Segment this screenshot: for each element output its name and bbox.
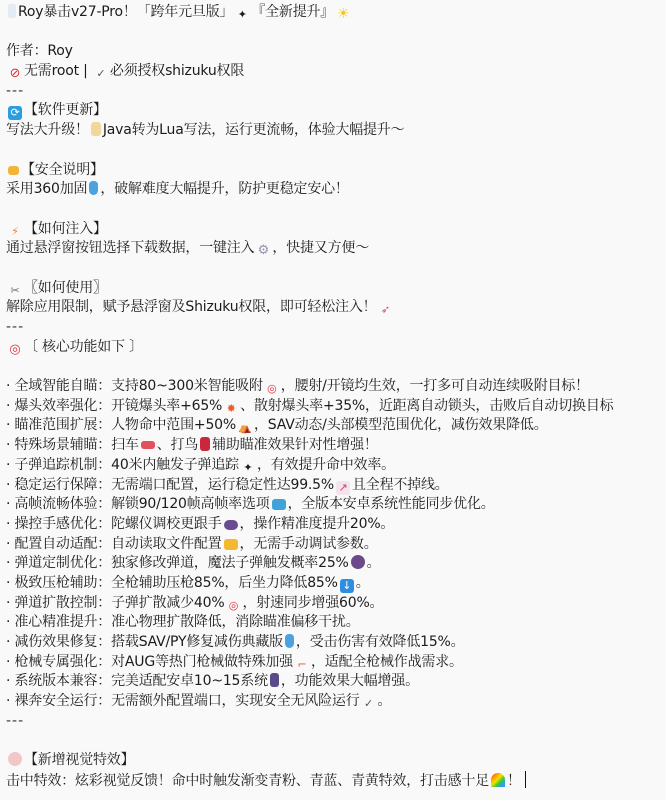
text-editor[interactable]: Roy暴击v27-Pro！「跨年元旦版」✦『全新提升』☀ 作者：Roy ⊘无需r… — [0, 0, 666, 800]
feature-item: · 爆头效率强化：开镜爆头率+65%✸、散射爆头率+35%，近距离自动锁头，击败… — [6, 397, 666, 417]
blank-line — [6, 23, 666, 43]
text-segment: · 弹道扩散控制： — [6, 595, 111, 611]
blank-line — [6, 259, 666, 279]
text-segment: 、散射爆头率+35%，近距离自动锁头，击败后自动切换目标 — [240, 398, 613, 414]
water-pistol-icon: ⌐ — [295, 658, 309, 672]
chart-up-icon: ↗ — [336, 481, 350, 495]
author-line: 作者：Roy — [6, 42, 666, 62]
text-segment: · 配置自动适配： — [6, 536, 111, 552]
text-segment: 准心物理扩散降低，消除瞄准偏移干扰。 — [111, 614, 359, 630]
text-segment: ，快捷又方便～ — [272, 240, 369, 256]
feature-item: · 配置自动适配：自动读取文件配置，无需手动调试参数。 — [6, 535, 666, 555]
title-suffix: 『全新提升』 — [251, 4, 334, 20]
text-segment: · 特殊场景辅瞄： — [6, 437, 111, 453]
update-text: 写法大升级！Java转为Lua写法，运行更流畅，体验大幅提升～ — [6, 121, 666, 141]
permission-text: 必须授权shizuku权限 — [110, 63, 244, 79]
gamepad-icon — [224, 520, 238, 530]
text-segment: 陀螺仪调校更跟手 — [111, 516, 221, 532]
text-segment: · 操控手感优化： — [6, 516, 111, 532]
shield-icon — [89, 181, 98, 195]
lightning-icon: ⚡ — [8, 225, 22, 239]
text-segment: 采用360加固 — [6, 181, 87, 197]
blank-line — [6, 357, 666, 377]
feature-item: · 操控手感优化：陀螺仪调校更跟手，操作精准度提升20%。 — [6, 515, 666, 535]
text-segment: 击中特效：炫彩视觉反馈！命中时触发渐变青粉、青蓝、青黄特效，打击感十足 — [6, 773, 489, 789]
sparkles-icon: ✦ — [235, 8, 249, 22]
text-segment: 对AUG等热门枪械做特殊加强 — [111, 654, 293, 670]
gear-icon: ⚙ — [256, 244, 270, 258]
text-segment: · 全域智能自瞄： — [6, 378, 111, 394]
feature-item: · 高帧流畅体验：解锁90/120帧高帧率选项，全版本安卓系统性能同步优化。 — [6, 495, 666, 515]
feature-item: · 裸奔安全运行：无需额外配置端口，实现安全无风险运行✓。 — [6, 692, 666, 712]
palette-icon — [8, 752, 22, 766]
text-segment: 解锁90/120帧高帧率选项 — [111, 496, 269, 512]
feature-item: · 准心精准提升：准心物理扩散降低，消除瞄准偏移干扰。 — [6, 613, 666, 633]
text-segment: 扫车 — [111, 437, 139, 453]
separator: --- — [6, 318, 666, 338]
feature-item: · 弹道定制优化：独家修改弹道，魔法子弹触发概率25%。 — [6, 554, 666, 574]
text-segment: ，腰射/开镜均生效，一打多可自动连续吸附目标！ — [281, 378, 589, 394]
text-segment: 且全程不掉线。 — [352, 477, 449, 493]
text-segment: ，有效提升命中效率。 — [257, 457, 395, 473]
text-segment: 完美适配安卓10~15系统 — [111, 673, 268, 689]
text-segment: · 弹道定制优化： — [6, 555, 111, 571]
check-icon: ✓ — [362, 697, 376, 711]
security-heading: 【安全说明】 — [6, 161, 666, 181]
car-icon — [141, 441, 155, 449]
features-heading: ◎〔 核心功能如下 〕 — [6, 338, 666, 358]
text-segment: 〔 核心功能如下 〕 — [24, 339, 143, 355]
battery-icon — [8, 4, 16, 18]
text-segment: 搭载SAV/PY修复减伤典藏版 — [111, 634, 283, 650]
sun-icon: ☀ — [336, 7, 350, 21]
down-arrow-icon: ↓ — [340, 579, 354, 593]
text-segment: 解除应用限制，赋予悬浮窗及Shizuku权限，即可轻松注入！ — [6, 299, 376, 315]
text-segment: 写法大升级！ — [6, 122, 89, 138]
inject-heading: ⚡【如何注入】 — [6, 220, 666, 240]
text-segment: · 子弹追踪机制： — [6, 457, 111, 473]
feature-item: · 稳定运行保障：无需端口配置，运行稳定性达99.5%↗且全程不掉线。 — [6, 476, 666, 496]
blank-line — [6, 731, 666, 751]
rocket-icon: ➶ — [378, 303, 392, 317]
text-segment: · 系统版本兼容： — [6, 673, 111, 689]
circus-tent-icon: ⛺ — [238, 421, 252, 435]
scroll-icon — [91, 122, 101, 136]
text-segment: ，无需手动调试参数。 — [240, 536, 378, 552]
feature-item: · 减伤效果修复：搭载SAV/PY修复减伤典藏版，受击伤害有效降低15%。 — [6, 633, 666, 653]
text-segment: 。 — [378, 693, 392, 709]
prohibited-icon: ⊘ — [8, 67, 22, 81]
separator: --- — [6, 82, 666, 102]
permission-line: ⊘无需root | ✓必须授权shizuku权限 — [6, 62, 666, 82]
text-segment: ，SAV动态/头部模型范围优化，减伤效果降低。 — [254, 417, 548, 433]
lock-icon — [8, 166, 19, 175]
usage-heading: ✂〖如何使用〗 — [6, 279, 666, 299]
monitor-icon — [272, 499, 286, 510]
blank-line — [6, 141, 666, 161]
text-segment: 【如何注入】 — [24, 221, 107, 237]
text-segment: · 稳定运行保障： — [6, 477, 111, 493]
feature-item: · 弹道扩散控制：子弹扩散减少40%◎，射速同步增强60%。 — [6, 594, 666, 614]
text-segment: 〖如何使用〗 — [24, 280, 107, 296]
crystal-ball-icon — [351, 555, 365, 569]
text-segment: 、打鸟 — [157, 437, 198, 453]
phone-icon — [270, 673, 279, 687]
tools-icon: ✂ — [8, 284, 22, 298]
inject-text: 通过悬浮窗按钮选择下载数据，一键注入⚙，快捷又方便～ — [6, 239, 666, 259]
refresh-icon: ⟳ — [8, 106, 22, 120]
text-segment: 辅助瞄准效果针对性增强！ — [212, 437, 378, 453]
collision-icon: ✸ — [224, 402, 238, 416]
text-segment: 人物命中范围+50% — [111, 417, 236, 433]
target-icon: ◎ — [226, 599, 240, 613]
text-segment: · 极致压枪辅助： — [6, 575, 111, 591]
text-segment: 【新增视觉特效】 — [24, 752, 134, 768]
text-segment: ，适配全枪械作战需求。 — [311, 654, 463, 670]
feature-item: · 极致压枪辅助：全枪辅助压枪85%，后坐力降低85%↓。 — [6, 574, 666, 594]
text-segment: ，操作精准度提升20%。 — [240, 516, 395, 532]
text-segment: 【软件更新】 — [24, 102, 107, 118]
text-segment: 。 — [367, 555, 381, 571]
feature-item: · 瞄准范围扩展：人物命中范围+50%⛺，SAV动态/头部模型范围优化，减伤效果… — [6, 416, 666, 436]
text-segment: ！ — [507, 773, 521, 789]
folder-icon — [224, 539, 238, 550]
text-segment: ，受击伤害有效降低15%。 — [296, 634, 465, 650]
feature-item: · 枪械专属强化：对AUG等热门枪械做特殊加强⌐，适配全枪械作战需求。 — [6, 653, 666, 673]
check-icon: ✓ — [94, 67, 108, 81]
boot-icon — [200, 437, 210, 451]
text-segment: · 裸奔安全运行： — [6, 693, 111, 709]
text-segment: 支持80~300米智能吸附 — [111, 378, 263, 394]
text-segment: 全枪辅助压枪85%，后坐力降低85% — [111, 575, 338, 591]
visual-heading: 【新增视觉特效】 — [6, 751, 666, 771]
text-segment: 独家修改弹道，魔法子弹触发概率25% — [111, 555, 349, 571]
feature-item: · 特殊场景辅瞄：扫车、打鸟辅助瞄准效果针对性增强！ — [6, 436, 666, 456]
security-text: 采用360加固，破解难度大幅提升，防护更稳定安心！ — [6, 180, 666, 200]
text-segment: ，破解难度大幅提升，防护更稳定安心！ — [100, 181, 348, 197]
root-text: 无需root | — [24, 63, 92, 79]
feature-item: · 子弹追踪机制：40米内触发子弹追踪✦，有效提升命中效率。 — [6, 456, 666, 476]
text-segment: · 准心精准提升： — [6, 614, 111, 630]
blank-line — [6, 200, 666, 220]
text-segment: · 瞄准范围扩展： — [6, 417, 111, 433]
text-segment: ，射速同步增强60%。 — [242, 595, 383, 611]
text-segment: ，功能效果大幅增强。 — [281, 673, 419, 689]
sparkles-icon: ✦ — [241, 461, 255, 475]
text-segment: ，全版本安卓系统性能同步优化。 — [288, 496, 495, 512]
text-segment: 开镜爆头率+65% — [111, 398, 222, 414]
text-segment: · 枪械专属强化： — [6, 654, 111, 670]
feature-item: · 系统版本兼容：完美适配安卓10~15系统，功能效果大幅增强。 — [6, 672, 666, 692]
text-segment: 【安全说明】 — [21, 162, 104, 178]
target-icon: ◎ — [265, 382, 279, 396]
title-line: Roy暴击v27-Pro！「跨年元旦版」✦『全新提升』☀ — [6, 3, 666, 23]
title-text: Roy暴击v27-Pro！「跨年元旦版」 — [18, 4, 233, 20]
separator: --- — [6, 712, 666, 732]
rainbow-icon — [491, 773, 505, 787]
text-segment: 无需端口配置，运行稳定性达99.5% — [111, 477, 334, 493]
update-heading: ⟳【软件更新】 — [6, 101, 666, 121]
usage-text: 解除应用限制，赋予悬浮窗及Shizuku权限，即可轻松注入！➶ — [6, 298, 666, 318]
text-segment: · 减伤效果修复： — [6, 634, 111, 650]
shield-icon — [285, 634, 294, 648]
text-segment: 。 — [356, 575, 370, 591]
text-segment: 40米内触发子弹追踪 — [111, 457, 239, 473]
text-segment: · 高帧流畅体验： — [6, 496, 111, 512]
text-cursor — [525, 771, 526, 788]
text-segment: Java转为Lua写法，运行更流畅，体验大幅提升～ — [103, 122, 405, 138]
text-segment: 通过悬浮窗按钮选择下载数据，一键注入 — [6, 240, 254, 256]
text-segment: 子弹扩散减少40% — [111, 595, 224, 611]
text-segment: · 爆头效率强化： — [6, 398, 111, 414]
feature-item: · 全域智能自瞄：支持80~300米智能吸附◎，腰射/开镜均生效，一打多可自动连… — [6, 377, 666, 397]
text-segment: 无需额外配置端口，实现安全无风险运行 — [111, 693, 359, 709]
text-segment: 自动读取文件配置 — [111, 536, 221, 552]
visual-text: 击中特效：炫彩视觉反馈！命中时触发渐变青粉、青蓝、青黄特效，打击感十足！ — [6, 771, 666, 791]
target-icon: ◎ — [8, 343, 22, 357]
